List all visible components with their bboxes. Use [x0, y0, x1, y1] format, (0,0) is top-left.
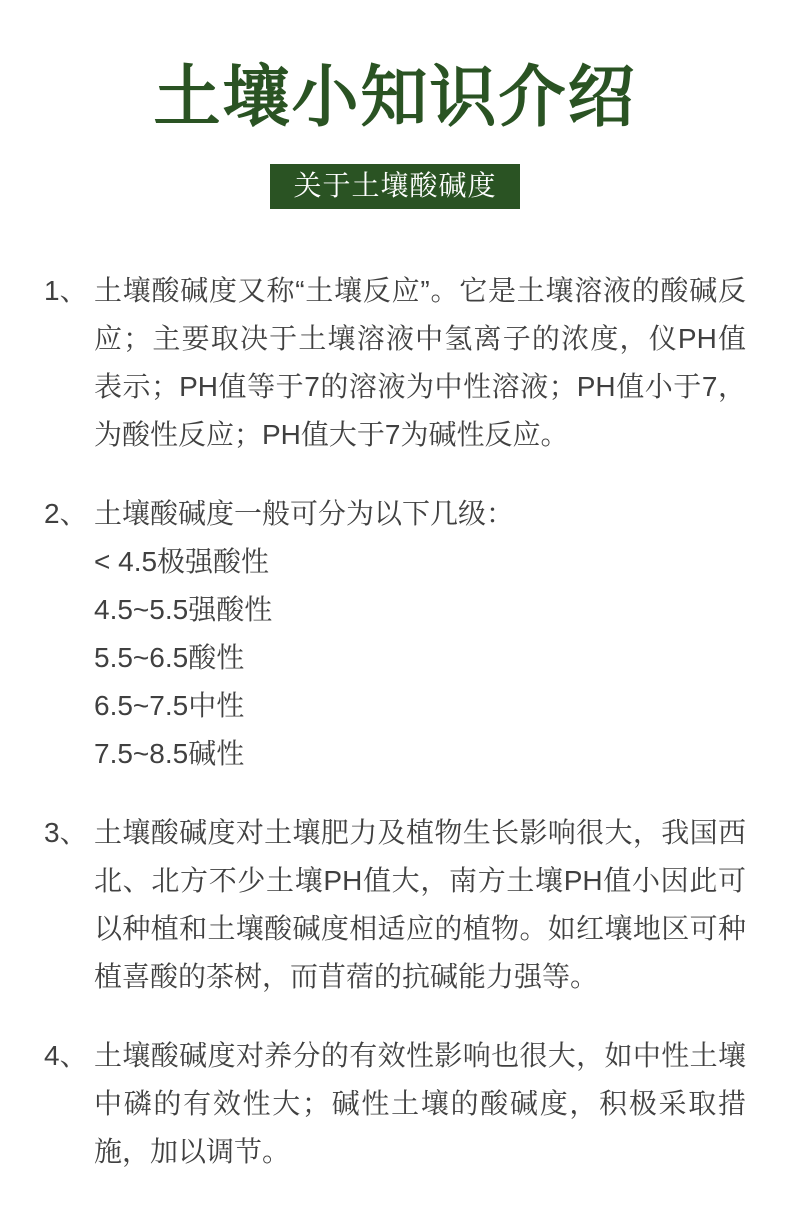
list-item-4: 4、 土壤酸碱度对养分的有效性影响也很大，如中性土壤中磷的有效性大；碱性土壤的酸…: [44, 1032, 746, 1176]
list-item-number: 3、: [44, 809, 94, 857]
subtitle-badge-row: 关于土壤酸碱度: [0, 164, 790, 209]
ph-scale-line: 6.5~7.5中性: [94, 682, 746, 730]
article-body: 1、 土壤酸碱度又称“土壤反应”。它是土壤溶液的酸碱反应；主要取决于土壤溶液中氢…: [44, 267, 746, 1176]
ph-scale-line: 7.5~8.5碱性: [94, 730, 746, 778]
list-item-1: 1、 土壤酸碱度又称“土壤反应”。它是土壤溶液的酸碱反应；主要取决于土壤溶液中氢…: [44, 267, 746, 459]
list-item-text: 土壤酸碱度对土壤肥力及植物生长影响很大，我国西北、北方不少土壤PH值大，南方土壤…: [94, 817, 746, 992]
list-item-number: 4、: [44, 1032, 94, 1080]
list-item-2: 2、 土壤酸碱度一般可分为以下几级： < 4.5极强酸性 4.5~5.5强酸性 …: [44, 490, 746, 778]
list-item-number: 2、: [44, 490, 94, 538]
list-item-number: 1、: [44, 267, 94, 315]
list-item-text: 土壤酸碱度一般可分为以下几级：: [94, 498, 514, 529]
subtitle-badge: 关于土壤酸碱度: [270, 164, 519, 209]
list-item-3: 3、 土壤酸碱度对土壤肥力及植物生长影响很大，我国西北、北方不少土壤PH值大，南…: [44, 809, 746, 1001]
list-item-text: 土壤酸碱度又称“土壤反应”。它是土壤溶液的酸碱反应；主要取决于土壤溶液中氢离子的…: [94, 275, 746, 450]
ph-scale-line: 4.5~5.5强酸性: [94, 586, 746, 634]
page-title: 土壤小知识介绍: [0, 58, 790, 137]
ph-scale-line: 5.5~6.5酸性: [94, 634, 746, 682]
ph-scale-line: < 4.5极强酸性: [94, 538, 746, 586]
list-item-text: 土壤酸碱度对养分的有效性影响也很大，如中性土壤中磷的有效性大；碱性土壤的酸碱度，…: [94, 1040, 746, 1167]
